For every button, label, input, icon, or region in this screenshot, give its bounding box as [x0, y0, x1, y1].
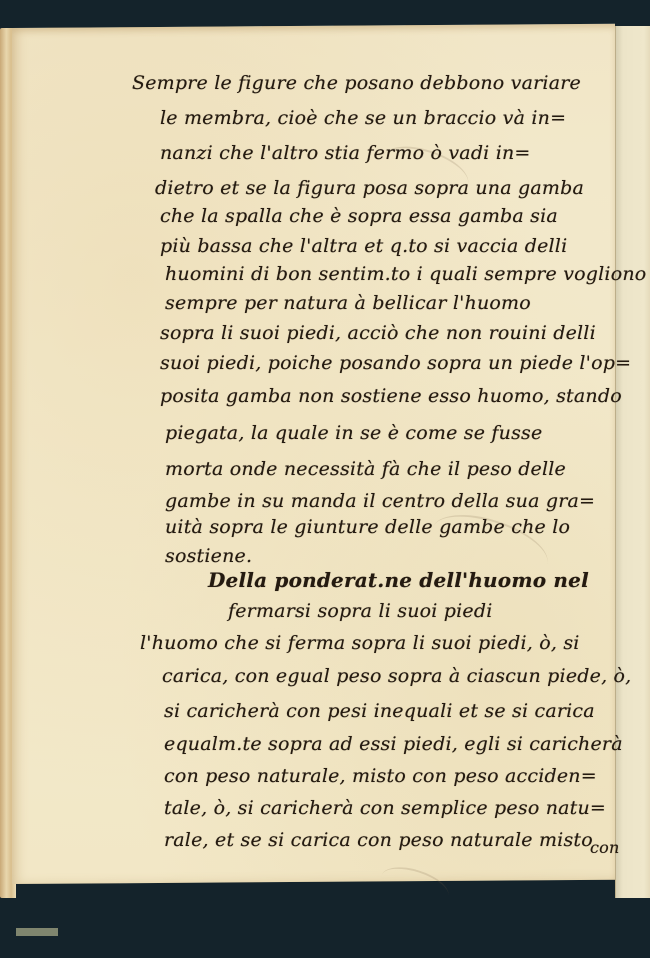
text-line: piegata, la quale in se è come se fusse — [165, 422, 542, 444]
text-line: tale, ò, si caricherà con semplice peso … — [164, 797, 606, 819]
text-line: sempre per natura à bellicar l'huomo — [165, 292, 531, 314]
manuscript-text: Sempre le figure che posano debbono vari… — [0, 0, 650, 958]
text-line: uità sopra le giunture delle gambe che l… — [165, 516, 570, 538]
text-line: gambe in su manda il centro della sua gr… — [165, 490, 595, 512]
text-line: le membra, cioè che se un braccio và in= — [160, 107, 566, 129]
text-line: equalm.te sopra ad essi piedi, egli si c… — [164, 733, 623, 755]
text-line: suoi piedi, poiche posando sopra un pied… — [160, 352, 631, 374]
ink-bleed-mark — [377, 860, 453, 912]
text-line: con peso naturale, misto con peso accide… — [164, 765, 597, 787]
text-line: rale, et se si carica con peso naturale … — [164, 829, 593, 851]
text-line: dietro et se la figura posa sopra una ga… — [155, 177, 584, 199]
text-line: che la spalla che è sopra essa gamba sia — [160, 205, 558, 227]
section-heading: Della ponderat.ne dell'huomo nel — [208, 568, 589, 592]
text-line: morta onde necessità fà che il peso dell… — [165, 458, 566, 480]
text-line: nanzi che l'altro stia fermo ò vadi in= — [160, 142, 531, 164]
text-line: carica, con egual peso sopra à ciascun p… — [162, 665, 631, 687]
text-line: l'huomo che si ferma sopra li suoi piedi… — [140, 632, 580, 654]
text-line: sostiene. — [165, 545, 252, 567]
text-line: huomini di bon sentim.to i quali sempre … — [165, 263, 646, 285]
text-line: più bassa che l'altra et q.to si vaccia … — [160, 235, 567, 257]
catchword: con — [590, 838, 620, 857]
text-line: Sempre le figure che posano debbono vari… — [132, 72, 581, 94]
section-heading-continuation: fermarsi sopra li suoi piedi — [228, 600, 493, 622]
text-line: si caricherà con pesi inequali et se si … — [164, 700, 595, 722]
text-line: sopra li suoi piedi, acciò che non rouin… — [160, 322, 596, 344]
text-line: posita gamba non sostiene esso huomo, st… — [160, 385, 622, 407]
